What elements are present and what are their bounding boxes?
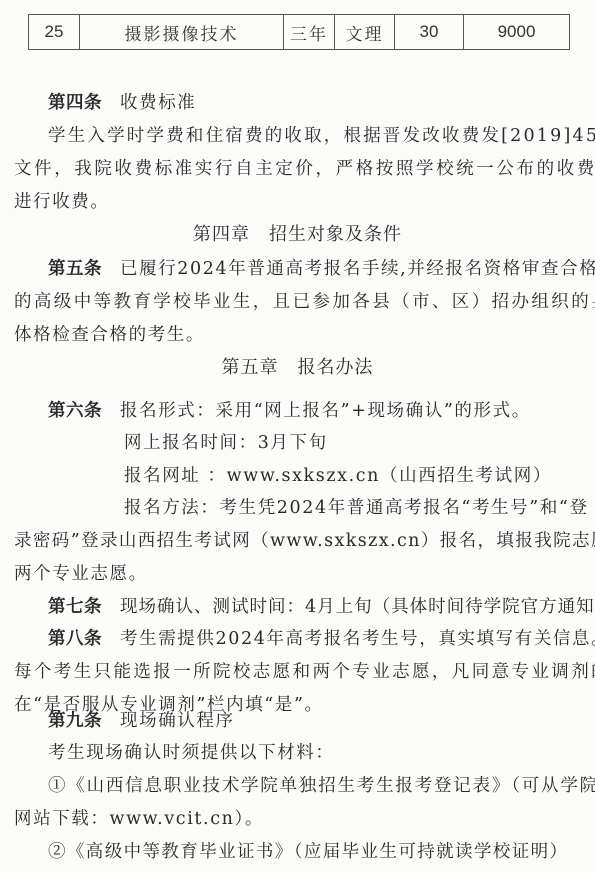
article-8-text-1: 考生需提供2024年高考报名考生号，真实填写有关信息。 [120,629,595,649]
article-6-line-2: 网上报名时间：3月下旬 [124,432,328,454]
article-6-line-6: 两个专业志愿。 [14,563,148,585]
article-9-heading: 第九条现场确认程序 [48,710,235,732]
article-4-label: 第四条 [48,93,102,113]
article-9-line-3: 网站下载：www.vcit.cn）。 [14,808,264,830]
article-9-line-4: ②《高级中等教育毕业证书》（应届毕业生可持就读学校证明） [48,841,568,863]
program-duration: 三年 [284,15,335,50]
article-6-line-5: 录密码”登录山西招生考试网（www.sxkszx.cn）报名，填报我院志愿及 [14,530,595,552]
major-fee-table: 25 摄影摄像技术 三年 文理 30 9000 [28,14,570,50]
article-8-line-1: 第八条考生需提供2024年高考报名考生号，真实填写有关信息。 [48,628,595,650]
article-8-line-2: 每个考生只能选报一所院校志愿和两个专业志愿，凡同意专业调剂的需 [14,661,595,683]
article-6-line-4: 报名方法：考生凭2024年普通高考报名“考生号”和“登 [124,497,589,519]
major-name: 摄影摄像技术 [80,15,284,50]
tuition-fee: 9000 [464,15,570,50]
enrollment-quota: 30 [395,15,464,50]
article-9-label: 第九条 [48,711,102,731]
article-9-title: 现场确认程序 [120,711,235,731]
article-5-line-2: 的高级中等教育学校毕业生，且已参加各县（市、区）招办组织的身体 [14,291,595,313]
article-5-line-3: 体格检查合格的考生。 [14,324,205,346]
article-6-line-1: 第六条报名形式：采用“网上报名”+现场确认”的形式。 [48,400,531,422]
article-5-label: 第五条 [48,259,102,279]
article-8-label: 第八条 [48,629,102,649]
article-4-line-1: 学生入学时学费和住宿费的收取，根据晋发改收费发[2019]456号 [48,125,595,147]
article-6-text-1: 报名形式：采用“网上报名”+现场确认”的形式。 [120,401,531,421]
article-9-line-2: ①《山西信息职业技术学院单独招生考生报考登记表》（可从学院 [48,775,595,797]
article-9-line-1: 考生现场确认时须提供以下材料： [48,742,335,764]
subject-category: 文理 [335,15,395,50]
article-4-line-3: 进行收费。 [14,191,110,213]
document-page: 25 摄影摄像技术 三年 文理 30 9000 第四条收费标准 学生入学时学费和… [0,0,595,872]
article-7-line-1: 第七条现场确认、测试时间：4月上旬（具体时间待学院官方通知） [48,596,595,618]
article-4-title: 收费标准 [120,93,196,113]
article-4-line-2: 文件，我院收费标准实行自主定价，严格按照学校统一公布的收费标准 [14,158,595,180]
chapter-5-title: 第五章 报名办法 [0,357,595,379]
article-5-text-1: 已履行2024年普通高考报名手续,并经报名资格审查合格 [120,259,595,279]
article-7-text-1: 现场确认、测试时间：4月上旬（具体时间待学院官方通知） [120,597,595,617]
chapter-4-title: 第四章 招生对象及条件 [0,224,595,246]
table-row: 25 摄影摄像技术 三年 文理 30 9000 [29,15,570,50]
row-index: 25 [29,15,80,50]
article-4-heading: 第四条收费标准 [48,92,196,114]
article-7-label: 第七条 [48,597,102,617]
article-6-label: 第六条 [48,401,102,421]
article-5-line-1: 第五条已履行2024年普通高考报名手续,并经报名资格审查合格 [48,258,595,280]
article-6-line-3: 报名网址 ：www.sxkszx.cn（山西招生考试网） [124,465,552,487]
